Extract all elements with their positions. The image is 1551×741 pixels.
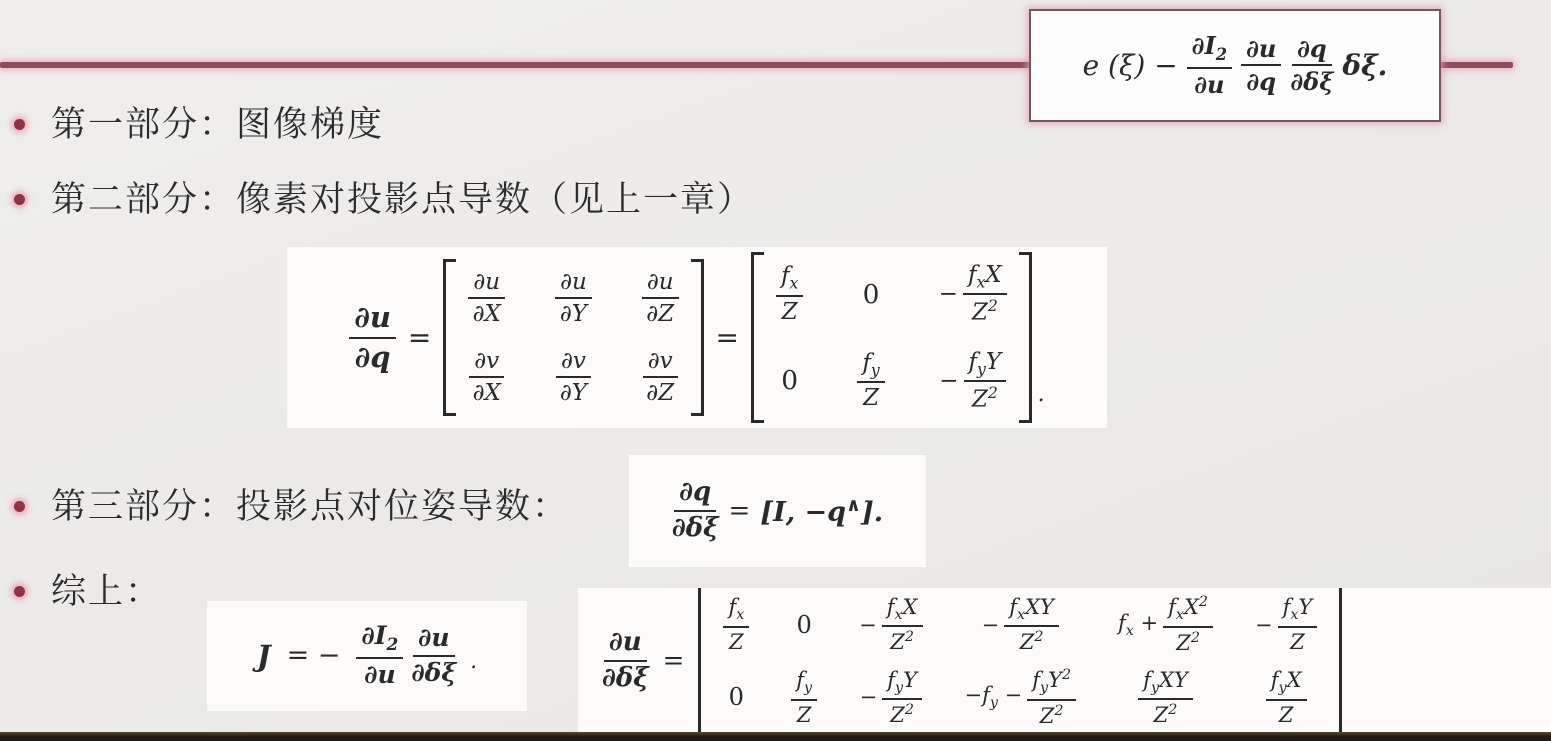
period: . (1038, 382, 1045, 407)
left-bracket (751, 252, 764, 423)
numerator: fx (776, 263, 803, 297)
formula-jacobian: J = − ∂I2 ∂u ∂u ∂δξ . (257, 622, 477, 690)
denominator: Z2 (972, 382, 998, 413)
denominator: Z2 (890, 700, 914, 727)
denominator: ∂q (355, 339, 391, 374)
bullet-icon (14, 501, 25, 512)
numerator: ∂u (642, 269, 679, 299)
matrix-cell: ∂u∂X (468, 269, 505, 328)
bullet-item-summary: 综上： (14, 571, 162, 613)
numerator: fyY2 (1027, 667, 1076, 701)
matrix-cell: 0 (781, 365, 798, 396)
denominator: Z2 (1176, 628, 1200, 655)
header-formula: e (ξ) − ∂I2 ∂u ∂u ∂q ∂q ∂δξ δξ. (1083, 32, 1388, 98)
denominator: Z2 (1040, 701, 1064, 728)
minus-sign: − (982, 613, 1000, 637)
fraction-du-ddxi: ∂u ∂δξ (411, 624, 456, 688)
bullet-text-part3: 第三部分：投影点对位姿导数： (51, 486, 569, 528)
matrix-values: fxZ 0 − fxXZ2 0 fyZ − fyYZ2 (751, 252, 1032, 423)
matrix-cell: − fxXYZ2 (982, 595, 1059, 655)
denominator: Z (797, 701, 812, 727)
numerator: ∂u (468, 269, 505, 299)
matrix-cell: − fxXZ2 (859, 595, 922, 655)
denominator: ∂u (364, 659, 396, 690)
denominator: ∂δξ (1290, 66, 1333, 96)
period: . (470, 649, 477, 674)
formula-du-dq-box: ∂u ∂q = ∂u∂X ∂u∂Y ∂u∂Z ∂v∂X ∂v∂Y ∂v∂Z = (287, 247, 1107, 428)
formula-du-ddxi-box: ∂u ∂δξ = fxZ 0 − fxXZ2 − fxXYZ2 (578, 588, 1551, 734)
minus-sign: − (860, 685, 878, 709)
fraction-du-ddxi-lhs: ∂u ∂δξ (602, 628, 649, 694)
fraction: fyY2Z2 (1027, 667, 1076, 728)
fraction: fxXZ2 (882, 595, 923, 655)
denominator: ∂Z (646, 378, 674, 406)
denominator: ∂δξ (411, 657, 456, 688)
lecture-slide: e (ξ) − ∂I2 ∂u ∂u ∂q ∂q ∂δξ δξ. 第一部分：图像梯… (0, 0, 1551, 741)
numerator: ∂v (643, 348, 678, 378)
minus-sign: − (1255, 613, 1273, 637)
denominator: Z (1279, 701, 1294, 727)
fraction: fxXYZ2 (1004, 595, 1059, 655)
numerator: ∂I2 (356, 622, 403, 660)
fraction: fxYZ (1278, 595, 1318, 654)
minus-sign: − (859, 613, 877, 637)
matrix-cell: ∂u∂Y (555, 269, 592, 328)
formula-du-ddxi: ∂u ∂δξ = fxZ 0 − fxXZ2 − fxXYZ2 (578, 588, 1551, 734)
equals-sign: = (408, 321, 431, 354)
numerator: fy (857, 350, 884, 384)
numerator: ∂u (1241, 35, 1281, 67)
numerator: ∂q (674, 478, 716, 512)
matrix-cell: − fyYZ2 (860, 668, 922, 728)
numerator: fy (791, 668, 817, 701)
fraction: fyYZ2 (964, 349, 1007, 414)
bullet-item-part1: 第一部分：图像梯度 (14, 104, 384, 146)
formula-du-dq: ∂u ∂q = ∂u∂X ∂u∂Y ∂u∂Z ∂v∂X ∂v∂Y ∂v∂Z = (349, 252, 1044, 423)
matrix-jacobian: fxZ 0 − fxXZ2 − fxXYZ2 fx + fxX2Z2 (698, 588, 1342, 734)
minus-sign: − (939, 281, 958, 307)
term-prefix: fx + (1118, 611, 1158, 639)
matrix-cell: fxZ (723, 595, 749, 654)
right-bracket (1329, 588, 1342, 734)
numerator: ∂I2 (1187, 32, 1232, 69)
fraction-dI2-du: ∂I2 ∂u (1187, 32, 1232, 98)
formula-jacobian-box: J = − ∂I2 ∂u ∂u ∂δξ . (207, 601, 527, 711)
denominator: ∂X (473, 378, 501, 406)
matrix-cell: fyXZ (1266, 668, 1307, 727)
equals-sign: = (663, 646, 685, 676)
matrix-cell: ∂v∂Z (643, 348, 678, 407)
fraction: fyYZ2 (882, 668, 922, 728)
numerator: ∂u (349, 301, 396, 338)
denominator: Z2 (1154, 700, 1178, 727)
bullet-item-part3: 第三部分：投影点对位姿导数： (14, 486, 569, 528)
matrix-cell: ∂v∂X (469, 348, 504, 407)
matrix-cell: ∂v∂Y (556, 348, 591, 407)
denominator: Z (782, 297, 798, 325)
matrix-cell: fx + fxX2Z2 (1118, 594, 1213, 655)
numerator: fx (723, 595, 749, 628)
matrix-cell: 0 (729, 683, 744, 711)
numerator: ∂u (555, 269, 592, 299)
numerator: ∂v (469, 348, 504, 378)
divider-line-right-segment (1436, 62, 1513, 68)
minus-sign: − (939, 368, 958, 394)
matrix-cell: − fxXZ2 (939, 262, 1007, 327)
numerator: fxX (963, 262, 1007, 296)
bullet-icon (14, 119, 25, 130)
matrix-partials: ∂u∂X ∂u∂Y ∂u∂Z ∂v∂X ∂v∂Y ∂v∂Z (443, 259, 703, 417)
matrix-cell: 0 (797, 611, 812, 639)
math-term-rhs: [I, −q∧]. (760, 495, 883, 528)
denominator: ∂u (1194, 69, 1224, 99)
denominator: ∂q (1246, 66, 1276, 96)
numerator: fyY (964, 349, 1007, 383)
denominator: Z2 (972, 295, 998, 326)
matrix-cell: −fy − fyY2Z2 (965, 667, 1077, 728)
numerator: fyY (882, 668, 922, 701)
denominator: Z2 (1020, 627, 1044, 654)
header-formula-box: e (ξ) − ∂I2 ∂u ∂u ∂q ∂q ∂δξ δξ. (1029, 9, 1441, 122)
denominator: Z2 (890, 627, 914, 654)
divider-line (0, 62, 1031, 68)
matrix-cell: fxZ (776, 263, 803, 325)
numerator: fyXY (1138, 668, 1193, 701)
fraction-dq-ddxi-lhs: ∂q ∂δξ (672, 478, 719, 544)
matrix-cell: − fxYZ (1255, 595, 1317, 654)
right-bracket (1019, 252, 1032, 423)
fraction-dI2-du: ∂I2 ∂u (356, 622, 403, 690)
fraction-dq-ddxi: ∂q ∂δξ (1290, 35, 1333, 96)
bullet-text-part1: 第一部分：图像梯度 (51, 104, 384, 146)
bullet-icon (14, 194, 25, 205)
denominator: ∂δξ (602, 662, 649, 694)
numerator: fyX (1266, 668, 1307, 701)
jacobian-symbol: J (257, 639, 271, 673)
matrix-cell: fyZ (791, 668, 817, 727)
numerator: fxX (882, 595, 923, 628)
equals-sign: = (716, 321, 739, 354)
numerator: fxY (1278, 595, 1318, 628)
matrix-cell: ∂u∂Z (642, 269, 679, 328)
matrix-cell: fyXYZ2 (1138, 668, 1193, 728)
denominator: Z (729, 628, 744, 654)
formula-dq-ddxi: ∂q ∂δξ = [I, −q∧]. (672, 478, 883, 544)
bottom-edge-bar (0, 732, 1551, 741)
matrix-cell: 0 (863, 279, 880, 310)
math-term-lead: e (ξ) − (1083, 49, 1178, 82)
left-bracket (698, 588, 711, 734)
left-bracket (443, 259, 456, 417)
denominator: ∂X (473, 299, 501, 327)
matrix-cell: − fyYZ2 (939, 349, 1006, 414)
denominator: ∂δξ (672, 512, 719, 544)
bullet-text-part2: 第二部分：像素对投影点导数（见上一章） (51, 179, 754, 221)
formula-dq-ddxi-box: ∂q ∂δξ = [I, −q∧]. (629, 455, 926, 567)
fraction-du-dq-lhs: ∂u ∂q (349, 301, 396, 374)
fraction: fxXZ2 (963, 262, 1007, 327)
math-term-tail: δξ. (1342, 49, 1387, 82)
term-prefix: −fy − (965, 683, 1023, 711)
equals-minus: = − (287, 640, 341, 671)
fraction-du-dq: ∂u ∂q (1241, 35, 1281, 96)
fraction: fxX2Z2 (1163, 594, 1213, 655)
numerator: ∂u (604, 628, 647, 662)
equals-sign: = (729, 496, 751, 526)
denominator: ∂Y (560, 378, 587, 406)
numerator: ∂v (556, 348, 591, 378)
bullet-text-summary: 综上： (51, 571, 162, 613)
right-bracket (691, 259, 704, 417)
numerator: fxXY (1004, 595, 1059, 628)
denominator: Z (1290, 628, 1305, 654)
bullet-item-part2: 第二部分：像素对投影点导数（见上一章） (14, 179, 754, 221)
numerator: ∂u (413, 624, 455, 657)
numerator: ∂q (1292, 35, 1332, 67)
matrix-cell: fyZ (857, 350, 884, 412)
numerator: fxX2 (1163, 594, 1213, 628)
denominator: Z (863, 383, 879, 411)
denominator: ∂Z (646, 299, 674, 327)
bullet-icon (14, 586, 25, 597)
denominator: ∂Y (560, 299, 587, 327)
